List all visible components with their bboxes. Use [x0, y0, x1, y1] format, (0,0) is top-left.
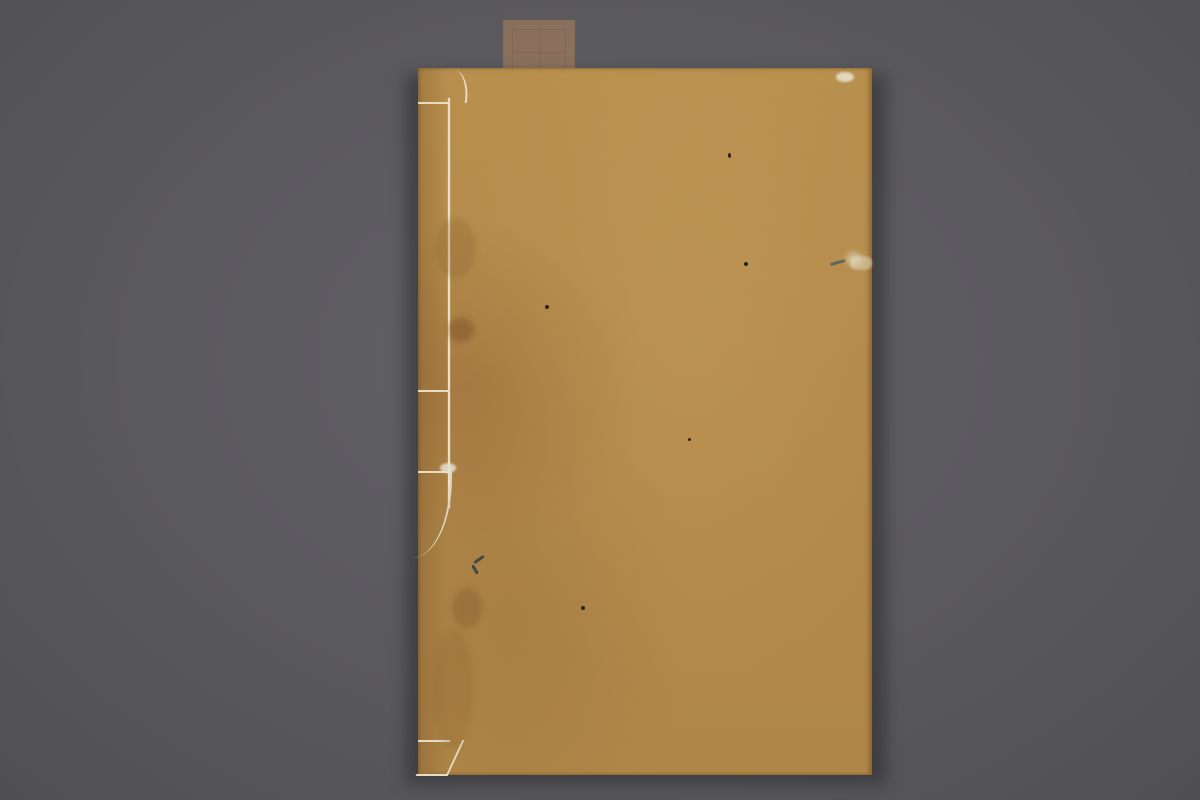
stain-3: [452, 588, 482, 628]
speck-3: [744, 262, 748, 266]
speck-4: [581, 606, 585, 610]
book-cover: [418, 68, 872, 775]
thread-top-loop: [447, 69, 471, 103]
stain-4: [433, 628, 473, 748]
stain-2: [436, 218, 476, 278]
binding-thread: [448, 98, 450, 508]
thread-stitch-1: [418, 102, 450, 104]
thread-stitch-2: [418, 390, 450, 392]
speck-1: [545, 305, 549, 309]
stain-1: [448, 318, 474, 342]
edge-mark: [830, 259, 846, 266]
ink-mark-1: [473, 555, 485, 564]
speck-2: [728, 153, 731, 158]
edge-abrasion: [846, 252, 862, 266]
ink-mark-2: [471, 564, 479, 574]
corner-tag: [836, 72, 854, 82]
speck-5: [688, 438, 691, 441]
